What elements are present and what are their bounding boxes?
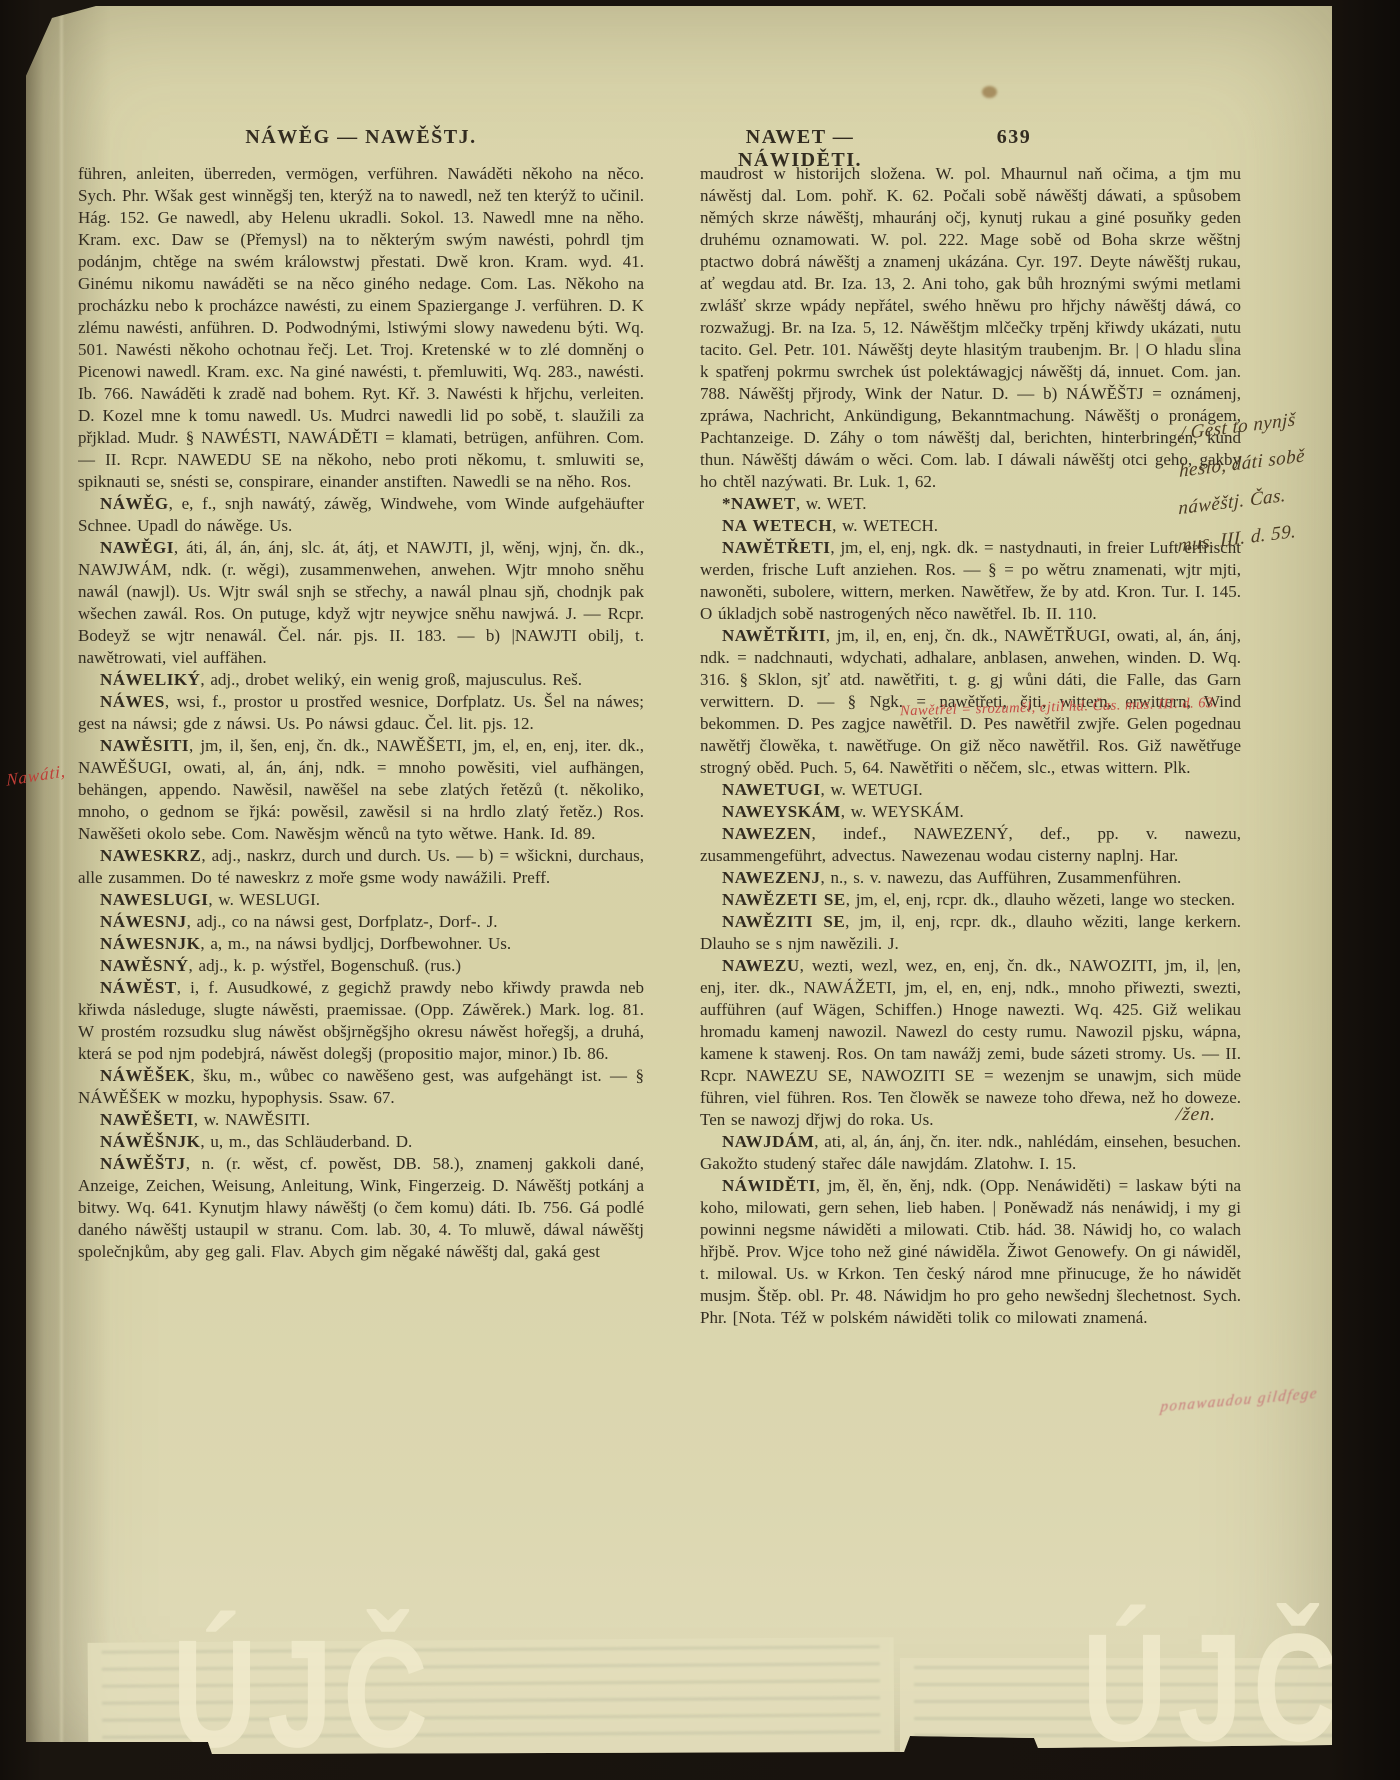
dictionary-entry: NAWĚSNÝ, adj., k. p. wýstřel, Bogenschuß… <box>78 955 644 977</box>
entry-headword: NAWĚGI <box>100 538 174 557</box>
dictionary-entry: NAWĚTŘETI, jm, el, enj, ngk. dk. = nasty… <box>700 537 1241 625</box>
dictionary-entry: NÁWĚŠEK, šku, m., wůbec co nawěšeno gest… <box>78 1065 644 1109</box>
watermark-ujc-left: ÚJČ <box>172 1606 438 1760</box>
dictionary-entry: NÁWĚG, e, f., snjh nawátý, záwěg, Windwe… <box>78 493 644 537</box>
dictionary-entry: NAWJDÁM, ati, al, án, ánj, čn. iter. ndk… <box>700 1131 1241 1175</box>
dictionary-entry: NÁWESNJ, adj., co na náwsi gest, Dorfpla… <box>78 911 644 933</box>
dictionary-entry: NAWESLUGI, w. WESLUGI. <box>78 889 644 911</box>
entry-headword: NAWĚZITI SE <box>722 912 845 931</box>
dictionary-entry: führen, anleiten, überreden, vermögen, v… <box>78 163 644 493</box>
entry-headword: NAWĚZETI SE <box>722 890 846 909</box>
entry-headword: NÁWIDĚTI <box>722 1176 816 1195</box>
entry-headword: NAWĚSITI <box>100 736 189 755</box>
entry-headword: NÁWĚŠNJK <box>100 1132 200 1151</box>
entry-headword: NAWĚTŘITI <box>722 626 826 645</box>
entry-headword: NAWEZEN <box>722 824 811 843</box>
dictionary-entry: NÁWIDĚTI, jm, ěl, ěn, ěnj, ndk. (Opp. Ne… <box>700 1175 1241 1329</box>
column-header-left: NÁWĚG — NAWĚŠTJ. <box>78 126 644 149</box>
entry-headword: NÁWESNJ <box>100 912 187 931</box>
entry-headword: NÁWĚŠEK <box>100 1066 190 1085</box>
dictionary-entry: NÁWĚST, i, f. Ausudkowé, z gegichž prawd… <box>78 977 644 1065</box>
entry-headword: NÁWĚŠTJ <box>100 1154 186 1173</box>
dictionary-entry: NÁWĚŠTJ, n. (r. wěst, cf. powěst, DB. 58… <box>78 1153 644 1263</box>
entry-headword: NAWJDÁM <box>722 1132 814 1151</box>
entry-headword: NÁWĚG <box>100 494 169 513</box>
dictionary-entry: NAWEZEN, indef., NAWEZENÝ, def., pp. v. … <box>700 823 1241 867</box>
entry-headword: NÁWESNJK <box>100 934 200 953</box>
entry-headword: NAWESLUGI <box>100 890 208 909</box>
dictionary-entry: NÁWESNJK, a, m., na náwsi bydljcj, Dorfb… <box>78 933 644 955</box>
dictionary-entry: NÁWELIKÝ, adj., drobet weliký, ein wenig… <box>78 669 644 691</box>
entry-headword: NAWESKRZ <box>100 846 201 865</box>
handwritten-ink-note-right-margin: / Gest to nynjš heslo, dáti sobě náwěštj… <box>1178 387 1400 564</box>
dictionary-entry: NAWĚZITI SE, jm, il, enj, rcpr. dk., dla… <box>700 911 1241 955</box>
entry-headword: NAWEYSKÁM <box>722 802 841 821</box>
entry-headword: NÁWES <box>100 692 165 711</box>
page-edge-highlight <box>60 6 63 1760</box>
entry-headword: NAWEZU <box>722 956 800 975</box>
dictionary-entry: NAWĚSITI, jm, il, šen, enj, čn. dk., NAW… <box>78 735 644 845</box>
dictionary-entry: NÁWĚŠNJK, u, m., das Schläuderband. D. <box>78 1131 644 1153</box>
dictionary-entry: NAWESKRZ, adj., naskrz, durch und durch.… <box>78 845 644 889</box>
watermark-ujc-right: ÚJČ <box>1082 1600 1332 1760</box>
entry-headword: NAWETUGI <box>722 780 820 799</box>
text-column-right: maudrost w historijch složena. W. pol. M… <box>700 163 1241 1583</box>
text-column-left: führen, anleiten, überreden, vermögen, v… <box>78 163 644 1531</box>
entry-headword: NAWĚSNÝ <box>100 956 189 975</box>
page-number: 639 <box>974 126 1054 149</box>
entry-headword: NAWĚTŘETI <box>722 538 830 557</box>
dictionary-entry: NAWĚŠETI, w. NAWĚSITI. <box>78 1109 644 1131</box>
scanned-dictionary-page: { "page": { "left_header": "NÁWĚG — NAWĚ… <box>0 0 1400 1780</box>
entry-headword: *NAWET <box>722 494 796 513</box>
dictionary-entry: NÁWES, wsi, f., prostor u prostřed wesni… <box>78 691 644 735</box>
ink-stain <box>982 86 997 98</box>
dictionary-entry: NAWEYSKÁM, w. WEYSKÁM. <box>700 801 1241 823</box>
dictionary-entry: NAWEZU, wezti, wezl, wez, en, enj, čn. d… <box>700 955 1241 1131</box>
entry-headword: NÁWELIKÝ <box>100 670 200 689</box>
handwritten-ink-note-zen: /žen. <box>1175 1104 1218 1126</box>
page-sheet: NÁWĚG — NAWĚŠTJ. NAWET — NÁWIDĚTI. 639 f… <box>26 6 1332 1760</box>
entry-headword: NÁWĚST <box>100 978 177 997</box>
dictionary-entry: maudrost w historijch složena. W. pol. M… <box>700 163 1241 493</box>
entry-headword: NAWĚŠETI <box>100 1110 194 1129</box>
dictionary-entry: *NAWET, w. WET. <box>700 493 1241 515</box>
entry-headword: NA WETECH <box>722 516 832 535</box>
entry-headword: NAWEZENJ <box>722 868 820 887</box>
dictionary-entry: NAWETUGI, w. WETUGI. <box>700 779 1241 801</box>
dictionary-entry: NAWĚZETI SE, jm, el, enj, rcpr. dk., dla… <box>700 889 1241 911</box>
foxing-spot <box>1214 336 1223 343</box>
dictionary-entry: NA WETECH, w. WETECH. <box>700 515 1241 537</box>
dictionary-entry: NAWEZENJ, n., s. v. nawezu, das Aufführe… <box>700 867 1241 889</box>
dictionary-entry: NAWĚGI, áti, ál, án, ánj, slc. át, átj, … <box>78 537 644 669</box>
